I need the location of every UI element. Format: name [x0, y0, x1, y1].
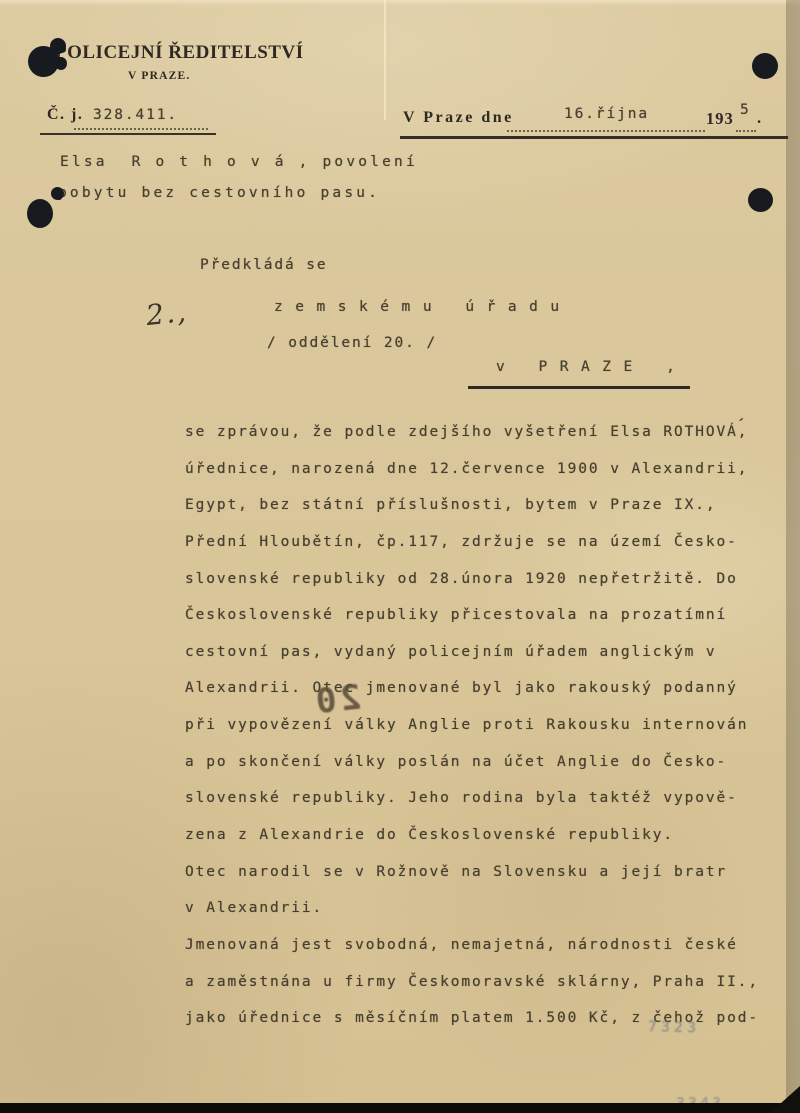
handwritten-number: 2., — [144, 295, 189, 332]
body-line: Egypt, bez státní příslušnosti, bytem v … — [185, 497, 771, 534]
praze-underline — [468, 386, 690, 389]
body-line: a po skončení války poslán na účet Angli… — [185, 754, 771, 791]
subject-line-2: pobytu bez cestovního pasu. — [58, 185, 380, 201]
year-typed: 5 — [740, 102, 751, 118]
body-line: v Alexandrii. — [185, 900, 771, 937]
bleed-through-numerals: 20 — [310, 678, 363, 723]
body-line: úřednice, narozená dne 12.července 1900 … — [185, 461, 771, 498]
body-line: a zaměstnána u firmy Českomoravské sklár… — [185, 974, 771, 1011]
body-line: Československé republiky přicestovala na… — [185, 607, 771, 644]
date-underline — [400, 136, 788, 139]
body-line: Alexandrii. Otec jmenované byl jako rako… — [185, 680, 771, 717]
body-paragraph: se zprávou, že podle zdejšího vyšetření … — [185, 424, 771, 1047]
ref-number-value: 328.411. — [93, 107, 178, 123]
document-sheet: POLICEJNÍ ŘEDITELSTVÍ V PRAZE. Č. j. 328… — [0, 0, 800, 1113]
forwarding-line-3: / oddělení 20. / — [267, 335, 437, 351]
year-period: . — [757, 108, 761, 128]
body-line: Otec narodil se v Rožnově na Slovensku a… — [185, 864, 771, 901]
body-line: při vypovězení války Anglie proti Rakous… — [185, 717, 771, 754]
scan-top-edge — [0, 0, 800, 6]
forwarding-line-4: v P R A Z E , — [496, 359, 677, 375]
ink-blot-small — [50, 38, 66, 54]
year-printed: 193 — [706, 109, 734, 129]
org-name: POLICEJNÍ ŘEDITELSTVÍ — [55, 42, 304, 64]
body-line: slovenské republiky od 28.února 1920 nep… — [185, 571, 771, 608]
subject-line-1: Elsa R o t h o v á , povolení — [60, 154, 418, 170]
scan-right-edge — [786, 0, 800, 1113]
ink-dot-left — [51, 187, 64, 200]
punch-hole-right-middle — [748, 188, 773, 212]
punch-hole-right-top — [752, 53, 778, 79]
body-line: Jmenovaná jest svobodná, nemajetná, náro… — [185, 937, 771, 974]
body-line: cestovní pas, vydaný policejním úřadem a… — [185, 644, 771, 681]
faint-imprint-top: 7323 — [648, 1017, 701, 1036]
forwarding-line-1: Předkládá se — [200, 257, 328, 273]
punch-hole-left — [27, 199, 53, 228]
org-location: V PRAZE. — [128, 70, 190, 82]
body-line: zena z Alexandrie do Československé repu… — [185, 827, 771, 864]
body-line: se zprávou, že podle zdejšího vyšetření … — [185, 424, 771, 461]
ref-underline — [40, 133, 216, 135]
body-line: slovenské republiky. Jeho rodina byla ta… — [185, 790, 771, 827]
date-value: 16.října — [564, 106, 649, 122]
paper-fold-crease — [384, 0, 386, 120]
ink-blot-tiny — [55, 57, 67, 70]
body-line: Přední Hloubětín, čp.117, zdržuje se na … — [185, 534, 771, 571]
forwarding-line-2: z e m s k é m u ú ř a d u — [274, 299, 561, 315]
scan-bottom-edge — [0, 1103, 800, 1113]
date-label: V Praze dne — [403, 109, 514, 127]
